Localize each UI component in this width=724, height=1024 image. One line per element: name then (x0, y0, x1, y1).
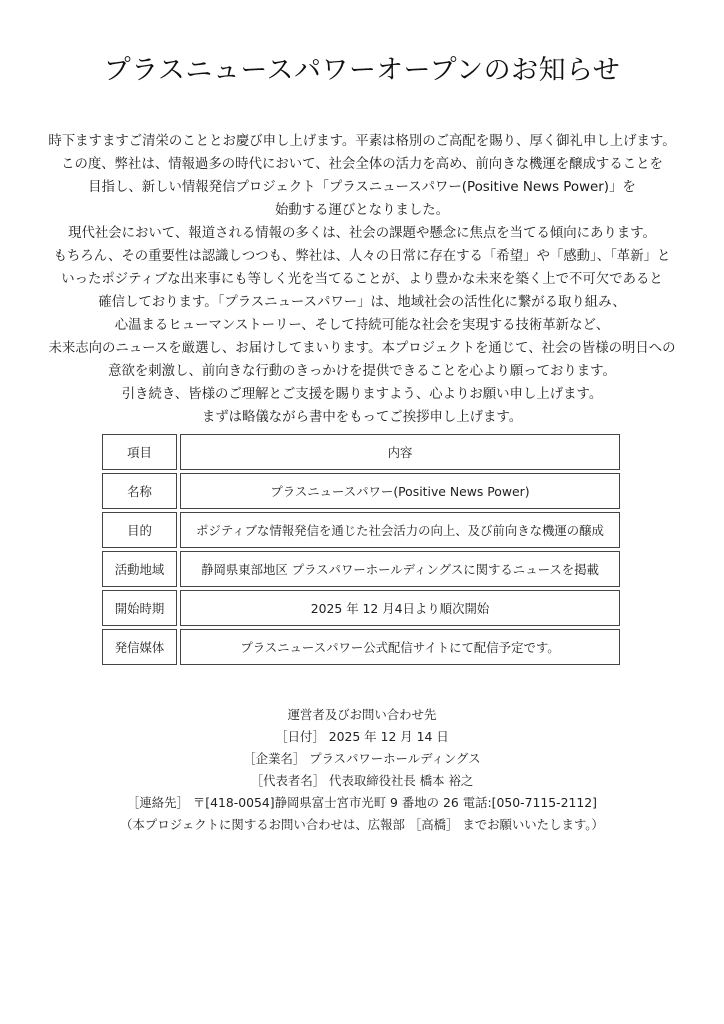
table-row: 活動地域 静岡県東部地区 プラスパワーホールディングスに関するニュースを掲載 (102, 551, 620, 587)
table-cell-value: 2025 年 12 月4日より順次開始 (180, 590, 620, 626)
table-cell-key: 目的 (102, 512, 177, 548)
table-cell-key: 発信媒体 (102, 629, 177, 665)
table-row: 目的 ポジティブな情報発信を通じた社会活力の向上、及び前向きな機運の醸成 (102, 512, 620, 548)
table-cell-value: ポジティブな情報発信を通じた社会活力の向上、及び前向きな機運の醸成 (180, 512, 620, 548)
body-line: 未来志向のニュースを厳選し、お届けしてまいります。本プロジェクトを通じて、社会の… (0, 337, 724, 360)
body-line: いったポジティブな出来事にも等しく光を当てることが、より豊かな未来を築く上で不可… (0, 268, 724, 291)
table-cell-value: 静岡県東部地区 プラスパワーホールディングスに関するニュースを掲載 (180, 551, 620, 587)
table-cell-key: 名称 (102, 473, 177, 509)
body-line: 心温まるヒューマンストーリー、そして持続可能な社会を実現する技術革新など、 (0, 314, 724, 337)
body-line: まずは略儀ながら書中をもってご挨拶申し上げます。 (0, 406, 724, 429)
table-header-key: 項目 (102, 434, 177, 470)
table-header-value: 内容 (180, 434, 620, 470)
body-line: 現代社会において、報道される情報の多くは、社会の課題や懸念に焦点を当てる傾向にあ… (0, 222, 724, 245)
contact-address: ［連絡先］ 〒[418-0054]静岡県富士宮市光町 9 番地の 26 電話:[… (0, 792, 724, 814)
contact-company: ［企業名］ プラスパワーホールディングス (0, 748, 724, 770)
table-cell-value: プラスニュースパワー公式配信サイトにて配信予定です。 (180, 629, 620, 665)
body-line: 始動する運びとなりました。 (0, 199, 724, 222)
contact-section: 運営者及びお問い合わせ先 ［日付］ 2025 年 12 月 14 日 ［企業名］… (0, 704, 724, 836)
table-row: 開始時期 2025 年 12 月4日より順次開始 (102, 590, 620, 626)
body-line: 時下ますますご清栄のこととお慶び申し上げます。平素は格別のご高配を賜り、厚く御礼… (0, 130, 724, 153)
table-cell-value: プラスニュースパワー(Positive News Power) (180, 473, 620, 509)
table-cell-key: 開始時期 (102, 590, 177, 626)
table-row: 発信媒体 プラスニュースパワー公式配信サイトにて配信予定です。 (102, 629, 620, 665)
body-line: 確信しております。「プラスニュースパワー」は、地域社会の活性化に繋がる取り組み、 (0, 291, 724, 314)
body-line: もちろん、その重要性は認識しつつも、弊社は、人々の日常に存在する「希望」や「感動… (0, 245, 724, 268)
page-title: プラスニュースパワーオープンのお知らせ (0, 48, 724, 87)
contact-date: ［日付］ 2025 年 12 月 14 日 (0, 726, 724, 748)
contact-note: （本プロジェクトに関するお問い合わせは、広報部 ［高橋］ までお願いいたします。… (0, 814, 724, 836)
table-header-row: 項目 内容 (102, 434, 620, 470)
body-line: 引き続き、皆様のご理解とご支援を賜りますよう、心よりお願い申し上げます。 (0, 383, 724, 406)
body-line: この度、弊社は、情報過多の時代において、社会全体の活力を高め、前向きな機運を醸成… (0, 153, 724, 176)
contact-representative: ［代表者名］ 代表取締役社長 橋本 裕之 (0, 770, 724, 792)
body-line: 意欲を刺激し、前向きな行動のきっかけを提供できることを心より願っております。 (0, 360, 724, 383)
table-row: 名称 プラスニュースパワー(Positive News Power) (102, 473, 620, 509)
body-line: 目指し、新しい情報発信プロジェクト「プラスニュースパワー(Positive Ne… (0, 176, 724, 199)
announcement-body: 時下ますますご清栄のこととお慶び申し上げます。平素は格別のご高配を賜り、厚く御礼… (0, 130, 724, 429)
contact-heading: 運営者及びお問い合わせ先 (0, 704, 724, 726)
project-info-table: 項目 内容 名称 プラスニュースパワー(Positive News Power)… (99, 431, 623, 668)
table-cell-key: 活動地域 (102, 551, 177, 587)
